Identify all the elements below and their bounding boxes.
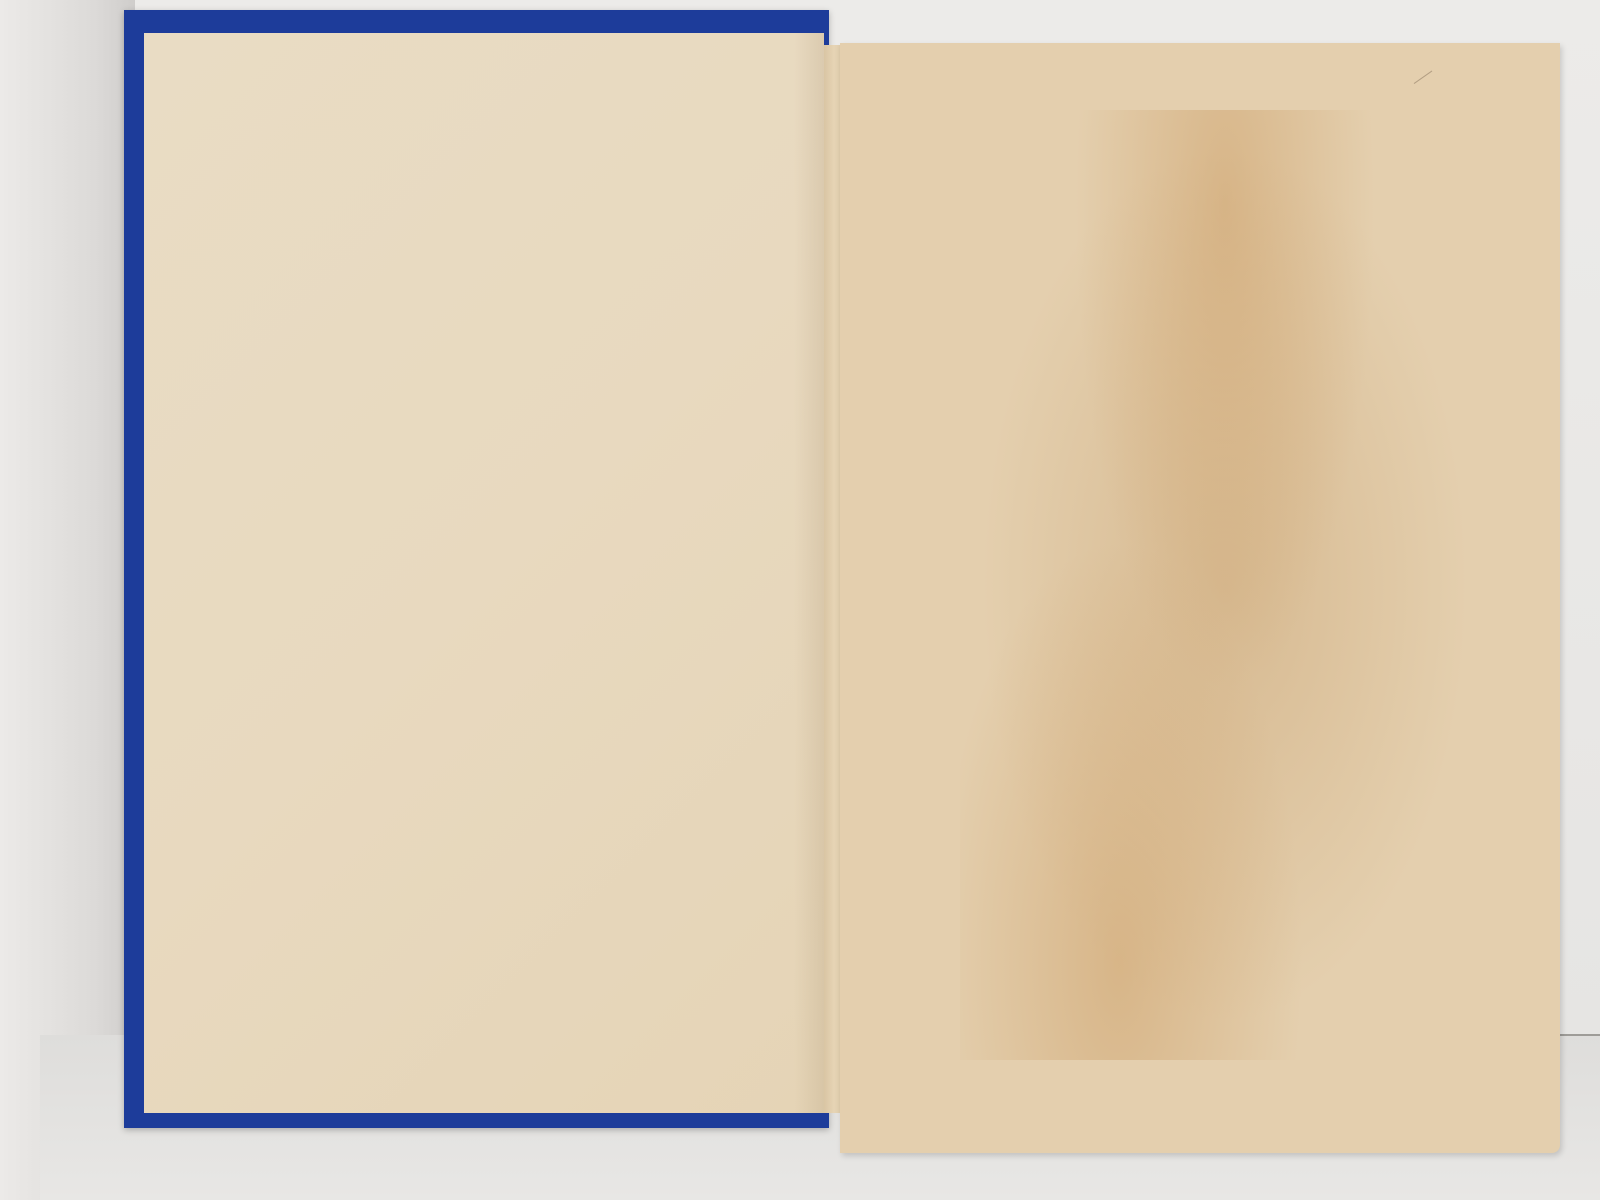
background-wall-left	[0, 0, 135, 1200]
pastedown-endpaper	[144, 33, 824, 1113]
foxing-stain	[960, 110, 1490, 1060]
